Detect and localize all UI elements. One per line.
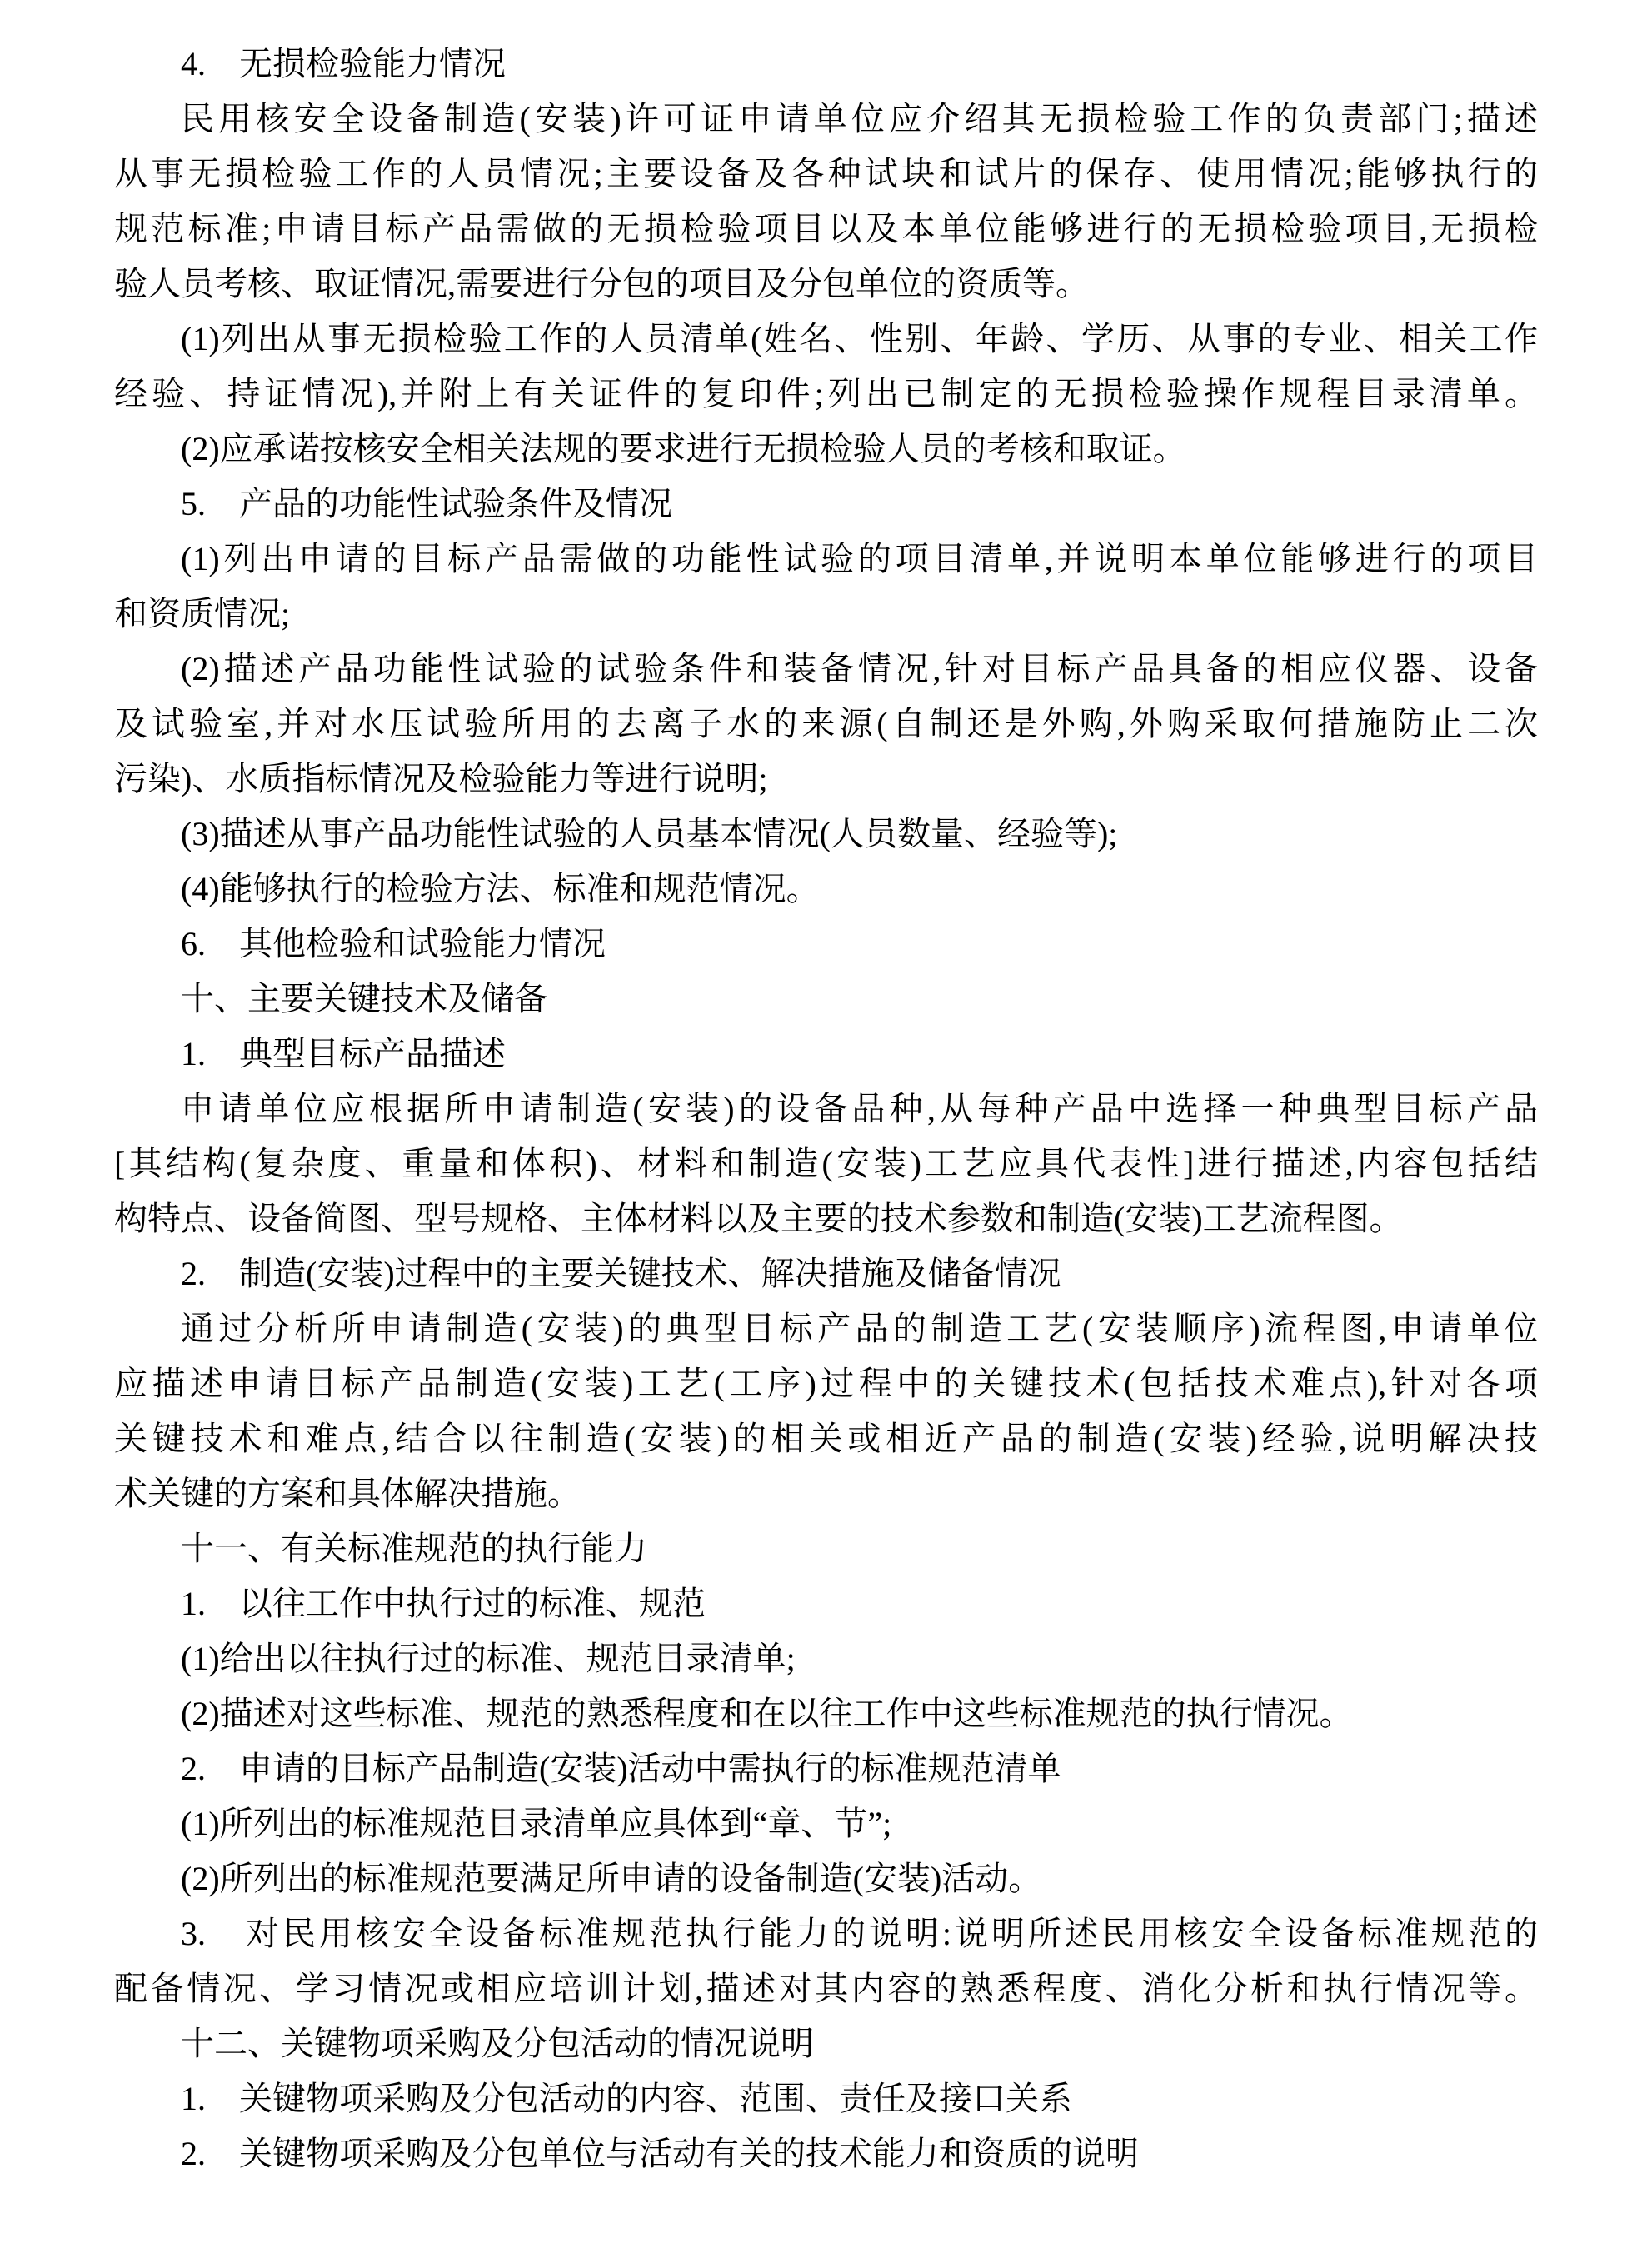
text-line: 2. 关键物项采购及分包单位与活动有关的技术能力和资质的说明 <box>114 2126 1538 2181</box>
text-line: 和资质情况; <box>114 587 1538 642</box>
text-line: 验人员考核、取证情况,需要进行分包的项目及分包单位的资质等。 <box>114 257 1538 312</box>
text-line: 6. 其他检验和试验能力情况 <box>114 917 1538 972</box>
text-line: 关键技术和难点,结合以往制造(安装)的相关或相近产品的制造(安装)经验,说明解决… <box>114 1411 1538 1466</box>
text-line: 从事无损检验工作的人员情况;主要设备及各种试块和试片的保存、使用情况;能够执行的 <box>114 147 1538 202</box>
text-line: 1. 典型目标产品描述 <box>114 1027 1538 1082</box>
text-line: (2)描述产品功能性试验的试验条件和装备情况,针对目标产品具备的相应仪器、设备 <box>114 642 1538 697</box>
text-line: 民用核安全设备制造(安装)许可证申请单位应介绍其无损检验工作的负责部门;描述 <box>114 92 1538 147</box>
text-line: (2)描述对这些标准、规范的熟悉程度和在以往工作中这些标准规范的执行情况。 <box>114 1686 1538 1741</box>
text-line: (1)给出以往执行过的标准、规范目录清单; <box>114 1631 1538 1686</box>
text-line: (1)所列出的标准规范目录清单应具体到“章、节”; <box>114 1796 1538 1851</box>
text-line: 构特点、设备简图、型号规格、主体材料以及主要的技术参数和制造(安装)工艺流程图。 <box>114 1191 1538 1246</box>
text-line: 应描述申请目标产品制造(安装)工艺(工序)过程中的关键技术(包括技术难点),针对… <box>114 1356 1538 1411</box>
document-page: 4. 无损检验能力情况民用核安全设备制造(安装)许可证申请单位应介绍其无损检验工… <box>0 0 1652 2243</box>
text-line: 1. 以往工作中执行过的标准、规范 <box>114 1576 1538 1631</box>
text-line: 十、主要关键技术及储备 <box>114 972 1538 1027</box>
text-line: (2)应承诺按核安全相关法规的要求进行无损检验人员的考核和取证。 <box>114 422 1538 477</box>
text-line: 通过分析所申请制造(安装)的典型目标产品的制造工艺(安装顺序)流程图,申请单位 <box>114 1301 1538 1356</box>
text-line: 术关键的方案和具体解决措施。 <box>114 1466 1538 1521</box>
text-line: 2. 制造(安装)过程中的主要关键技术、解决措施及储备情况 <box>114 1246 1538 1301</box>
text-line: 2. 申请的目标产品制造(安装)活动中需执行的标准规范清单 <box>114 1741 1538 1796</box>
text-line: (1)列出申请的目标产品需做的功能性试验的项目清单,并说明本单位能够进行的项目 <box>114 532 1538 587</box>
text-line: (3)描述从事产品功能性试验的人员基本情况(人员数量、经验等); <box>114 807 1538 862</box>
text-line: 十一、有关标准规范的执行能力 <box>114 1521 1538 1576</box>
text-line: 规范标准;申请目标产品需做的无损检验项目以及本单位能够进行的无损检验项目,无损检 <box>114 202 1538 257</box>
text-line: 污染)、水质指标情况及检验能力等进行说明; <box>114 752 1538 807</box>
text-line: (2)所列出的标准规范要满足所申请的设备制造(安装)活动。 <box>114 1851 1538 1906</box>
text-line: (4)能够执行的检验方法、标准和规范情况。 <box>114 862 1538 917</box>
text-line: 1. 关键物项采购及分包活动的内容、范围、责任及接口关系 <box>114 2071 1538 2126</box>
text-line: 5. 产品的功能性试验条件及情况 <box>114 477 1538 532</box>
text-line: 配备情况、学习情况或相应培训计划,描述对其内容的熟悉程度、消化分析和执行情况等。 <box>114 1961 1538 2016</box>
text-line: 申请单位应根据所申请制造(安装)的设备品种,从每种产品中选择一种典型目标产品 <box>114 1082 1538 1136</box>
text-line: 经验、持证情况),并附上有关证件的复印件;列出已制定的无损检验操作规程目录清单。 <box>114 367 1538 422</box>
text-line: (1)列出从事无损检验工作的人员清单(姓名、性别、年龄、学历、从事的专业、相关工… <box>114 312 1538 367</box>
text-line: 及试验室,并对水压试验所用的去离子水的来源(自制还是外购,外购采取何措施防止二次 <box>114 697 1538 752</box>
document-body: 4. 无损检验能力情况民用核安全设备制造(安装)许可证申请单位应介绍其无损检验工… <box>114 37 1538 2181</box>
text-line: 3. 对民用核安全设备标准规范执行能力的说明:说明所述民用核安全设备标准规范的 <box>114 1906 1538 1961</box>
text-line: [其结构(复杂度、重量和体积)、材料和制造(安装)工艺应具代表性]进行描述,内容… <box>114 1136 1538 1191</box>
text-line: 十二、关键物项采购及分包活动的情况说明 <box>114 2016 1538 2071</box>
text-line: 4. 无损检验能力情况 <box>114 37 1538 92</box>
